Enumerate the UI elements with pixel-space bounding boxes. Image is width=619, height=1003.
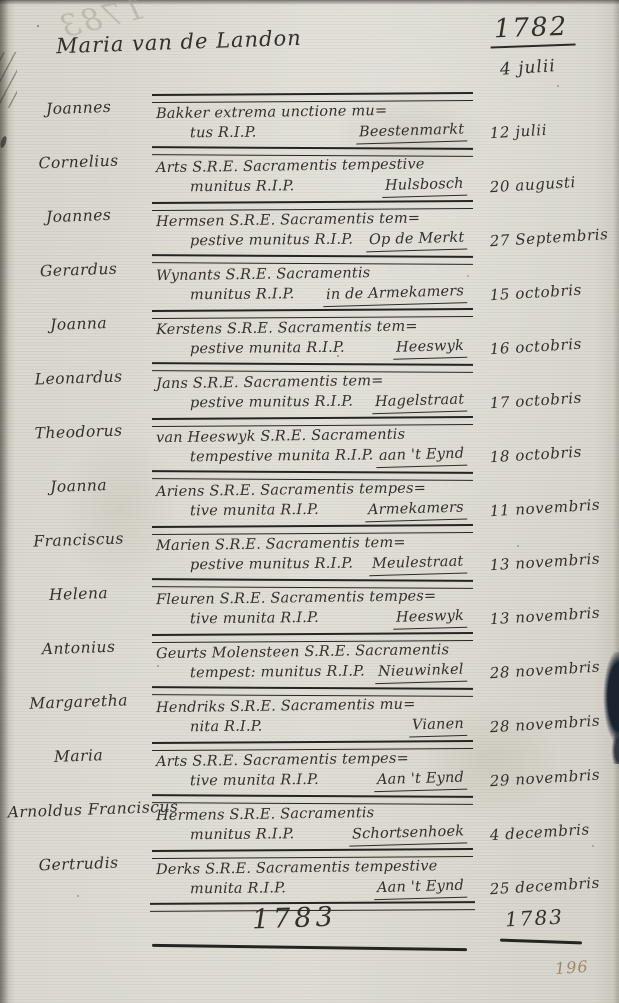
- year-footer-center-1783: 1783: [251, 902, 337, 936]
- entry-text-continuation: munitus R.I.P.: [190, 284, 295, 307]
- entry-cell: Fleuren S.R.E. Sacramentis tempes= tive …: [150, 578, 475, 632]
- name-cell: Franciscus: [7, 522, 151, 581]
- place-name: Vianen: [409, 714, 468, 738]
- place-name: Beestenmarkt: [355, 119, 467, 144]
- entry-cell: Hermens S.R.E. Sacramentis munitus R.I.P…: [150, 794, 475, 848]
- place-name: Heeswyk: [393, 336, 468, 360]
- place-name: Meulestraat: [369, 552, 467, 577]
- footer-underline-center: [152, 944, 467, 951]
- date-cell: 11 novembris: [473, 466, 613, 528]
- register-table: Joannes Bakker extrema unctione mu= tus …: [8, 92, 612, 911]
- date-cell: 13 novembris: [473, 574, 613, 636]
- table-row: Leonardus Jans S.R.E. Sacramentis tem= p…: [8, 362, 612, 416]
- table-row: Joanna Ariens S.R.E. Sacramentis tempes=…: [8, 470, 612, 524]
- table-row: Maria Arts S.R.E. Sacramentis tempes= ti…: [8, 740, 612, 794]
- date-cell: 13 novembris: [473, 520, 613, 582]
- year-heading-1782: 1782: [489, 12, 575, 49]
- entry-text-continuation: tus R.I.P.: [190, 123, 257, 146]
- entry-text-line2: munitus R.I.P. Schortsenhoek: [150, 822, 475, 847]
- date-cell: 28 novembris: [473, 628, 613, 690]
- name-cell: Joannes: [7, 198, 151, 257]
- date-cell: 25 decembris: [473, 844, 613, 906]
- footer-underline-right: [500, 939, 582, 944]
- entry-text-continuation: tempestive munita R.I.P.: [190, 445, 374, 469]
- table-row: Joanna Kerstens S.R.E. Sacramentis tem= …: [8, 308, 612, 362]
- entry-text-line2: tive munita R.I.P. Heeswyk: [150, 606, 475, 631]
- entry-text-continuation: munitus R.I.P.: [190, 824, 295, 847]
- entry-text-continuation: munitus R.I.P.: [190, 176, 295, 199]
- place-name: Aan 't Eynd: [374, 876, 468, 901]
- date-cell: 29 novembris: [473, 736, 613, 798]
- entry-text-continuation: munita R.I.P.: [190, 878, 286, 901]
- table-row: Arnoldus Franciscus Hermens S.R.E. Sacra…: [8, 794, 612, 848]
- place-name: Hulsbosch: [382, 174, 467, 198]
- table-row: Theodorus van Heeswyk S.R.E. Sacramentis…: [8, 416, 612, 470]
- entry-text-continuation: pestive munitus R.I.P.: [190, 392, 353, 416]
- entry-text-line2: tus R.I.P. Beestenmarkt: [150, 120, 475, 145]
- entry-cell: Arts S.R.E. Sacramentis tempes= tive mun…: [150, 740, 475, 794]
- entry-cell: van Heeswyk S.R.E. Sacramentis tempestiv…: [150, 416, 475, 470]
- entry-text-line2: tive munita R.I.P. Aan 't Eynd: [150, 768, 475, 793]
- entry-text-line2: tempestive munita R.I.P. aan 't Eynd: [150, 444, 475, 469]
- page-number: 196: [554, 957, 589, 978]
- page-edge-right: [613, 0, 619, 1003]
- entry-cell: Wynants S.R.E. Sacramentis munitus R.I.P…: [150, 254, 475, 308]
- table-row: Helena Fleuren S.R.E. Sacramentis tempes…: [8, 578, 612, 632]
- entry-cell: Marien S.R.E. Sacramentis tem= pestive m…: [150, 524, 475, 578]
- entry-cell: Jans S.R.E. Sacramentis tem= pestive mun…: [150, 362, 475, 416]
- table-row: Antonius Geurts Molensteen S.R.E. Sacram…: [8, 632, 612, 686]
- ink-blot: [602, 652, 619, 764]
- name-cell: Margaretha: [7, 684, 151, 743]
- date-cell: 27 Septembris: [473, 196, 613, 258]
- entry-cell: Ariens S.R.E. Sacramentis tempes= tive m…: [150, 470, 475, 524]
- name-cell: Joannes: [7, 90, 151, 149]
- date-cell: 4 decembris: [473, 790, 613, 852]
- place-name: Nieuwinkel: [375, 660, 467, 685]
- name-cell: Arnoldus Franciscus: [7, 792, 151, 851]
- date-cell: 15 octobris: [473, 250, 613, 312]
- place-name: Armekamers: [365, 497, 467, 522]
- entry-text-line2: nita R.I.P. Vianen: [150, 714, 475, 739]
- entry-cell: Arts S.R.E. Sacramentis tempestive munit…: [150, 146, 475, 200]
- name-cell: Joanna: [7, 468, 151, 527]
- entry-text-line2: pestive munita R.I.P. Heeswyk: [150, 336, 475, 361]
- table-row: Joannes Hermsen S.R.E. Sacramentis tem= …: [8, 200, 612, 254]
- date-cell: 28 novembris: [473, 682, 613, 744]
- table-row: Gertrudis Derks S.R.E. Sacramentis tempe…: [8, 848, 612, 902]
- name-cell: Cornelius: [7, 144, 151, 203]
- year-footer-right-1783: 1783: [504, 904, 564, 931]
- date-cell: 20 augusti: [473, 142, 613, 204]
- place-name: Hagelstraat: [371, 390, 467, 415]
- register-page: 1783 Maria van de Landon 1782 4 julii Jo…: [0, 0, 619, 1003]
- entry-text-continuation: tempest: munitus R.I.P.: [190, 661, 365, 685]
- table-row: Joannes Bakker extrema unctione mu= tus …: [8, 92, 612, 146]
- entry-text-line2: pestive munitus R.I.P. Meulestraat: [150, 552, 475, 577]
- entry-text-line2: munita R.I.P. Aan 't Eynd: [150, 876, 475, 901]
- date-cell: 18 octobris: [473, 412, 613, 474]
- entry-text-line2: tempest: munitus R.I.P. Nieuwinkel: [150, 660, 475, 685]
- place-name: Aan 't Eynd: [374, 768, 468, 793]
- table-row: Gerardus Wynants S.R.E. Sacramentis muni…: [8, 254, 612, 308]
- entry-text-continuation: pestive munitus R.I.P.: [190, 554, 353, 578]
- name-cell: Leonardus: [7, 360, 151, 419]
- entry-text-line2: munitus R.I.P. in de Armekamers: [150, 282, 475, 307]
- entry-text-line2: munitus R.I.P. Hulsbosch: [150, 174, 475, 199]
- place-name: in de Armekamers: [323, 281, 468, 307]
- name-cell: Theodorus: [7, 414, 151, 473]
- date-cell: 17 octobris: [473, 358, 613, 420]
- entry-text-continuation: pestive munitus R.I.P.: [190, 230, 353, 254]
- entry-text-line2: tive munita R.I.P. Armekamers: [150, 498, 475, 523]
- date-cell: 12 julii: [473, 88, 613, 150]
- entry-cell: Geurts Molensteen S.R.E. Sacramentis tem…: [150, 632, 475, 686]
- entry-text-continuation: pestive munita R.I.P.: [190, 338, 345, 362]
- place-name: Op de Merkt: [365, 228, 467, 253]
- name-cell: Gertrudis: [7, 846, 151, 905]
- place-name: Schortsenhoek: [348, 821, 467, 846]
- table-row: Franciscus Marien S.R.E. Sacramentis tem…: [8, 524, 612, 578]
- entry-text-continuation: tive munita R.I.P.: [190, 770, 319, 793]
- table-row: Margaretha Hendriks S.R.E. Sacramentis m…: [8, 686, 612, 740]
- name-cell: Antonius: [7, 630, 151, 689]
- name-cell: Helena: [7, 576, 151, 635]
- place-name: Heeswyk: [393, 606, 468, 630]
- entry-text-continuation: tive munita R.I.P.: [190, 608, 319, 631]
- entry-text-continuation: tive munita R.I.P.: [190, 500, 319, 523]
- entry-cell: Derks S.R.E. Sacramentis tempestive muni…: [150, 848, 475, 902]
- entry-cell: Bakker extrema unctione mu= tus R.I.P. B…: [150, 92, 475, 146]
- entry-text-continuation: nita R.I.P.: [190, 717, 263, 740]
- place-name: aan 't Eynd: [375, 444, 467, 469]
- name-cell: Joanna: [7, 306, 151, 365]
- entry-cell: Hermsen S.R.E. Sacramentis tem= pestive …: [150, 200, 475, 254]
- entry-text-line2: pestive munitus R.I.P. Op de Merkt: [150, 228, 475, 253]
- first-date: 4 julii: [499, 56, 556, 80]
- paper-speckles: [37, 25, 39, 27]
- entry-cell: Kerstens S.R.E. Sacramentis tem= pestive…: [150, 308, 475, 362]
- name-cell: Gerardus: [7, 252, 151, 311]
- date-cell: 16 octobris: [473, 304, 613, 366]
- entry-text-line2: pestive munitus R.I.P. Hagelstraat: [150, 390, 475, 415]
- table-row: Cornelius Arts S.R.E. Sacramentis tempes…: [8, 146, 612, 200]
- name-cell: Maria: [7, 738, 151, 797]
- entry-cell: Hendriks S.R.E. Sacramentis mu= nita R.I…: [150, 686, 475, 740]
